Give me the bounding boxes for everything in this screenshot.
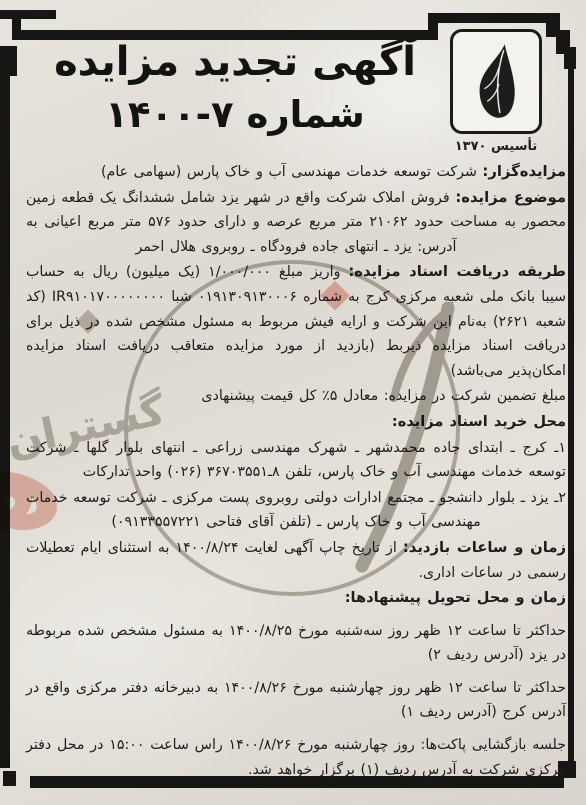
water-drop-leaf-icon: [467, 41, 525, 123]
company-logo-box: [450, 29, 542, 134]
announcer-paragraph: مزایده‌گزار: شرکت توسعه خدمات مهندسی آب …: [26, 160, 566, 185]
announcer-text: شرکت توسعه خدمات مهندسی آب و خاک پارس (س…: [101, 164, 477, 180]
docs-method-paragraph: طریقه دریافت اسناد مزایده: واریز مبلغ ۱/…: [26, 260, 566, 383]
company-logo-block: تأسیس ۱۳۷۰: [444, 29, 548, 154]
visit-time-label: زمان و ساعات بازدید:: [403, 539, 566, 556]
envelope-opening-paragraph: جلسه بازگشایی پاکت‌ها: روز چهارشنبه مورخ…: [26, 733, 566, 782]
title-line-1: آگهی تجدید مزایده: [34, 36, 436, 88]
subject-label: موضوع مزایده:: [455, 189, 566, 206]
ad-body: مزایده‌گزار: شرکت توسعه خدمات مهندسی آب …: [26, 160, 566, 783]
established-text: تأسیس ۱۳۷۰: [444, 139, 548, 154]
newspaper-ad-page: آگهی تجدید مزایده شماره ۷‏-‏۱۴۰۰ تأسیس ۱…: [0, 0, 586, 805]
ad-title: آگهی تجدید مزایده شماره ۷‏-‏۱۴۰۰: [34, 36, 436, 140]
deadline-yazd-paragraph: حداکثر تا ساعت ۱۲ ظهر روز سه‌شنبه مورخ ۱…: [26, 619, 566, 668]
subject-paragraph: موضوع مزایده: فروش املاک شرکت واقع در شه…: [26, 186, 566, 260]
docs-method-text: واریز مبلغ ۱/۰۰۰/۰۰۰ (یک میلیون) ریال به…: [26, 264, 566, 378]
title-line-2: شماره ۷‏-‏۱۴۰۰: [34, 90, 436, 140]
visit-time-paragraph: زمان و ساعات بازدید: از تاریخ چاپ آگهی ل…: [26, 536, 566, 585]
guarantee-paragraph: مبلغ تضمین شرکت در مزایده: معادل ۵٪ کل ق…: [26, 384, 566, 409]
deadline-karaj-paragraph: حداکثر تا ساعت ۱۲ ظهر روز چهارشنبه مورخ …: [26, 676, 566, 725]
address-1-item: ۱ـ کرج ـ ابتدای جاده محمدشهر ـ شهرک مهند…: [26, 436, 566, 485]
purchase-locations-heading: محل خرید اسناد مزایده:: [26, 410, 566, 435]
announcer-label: مزایده‌گزار:: [482, 163, 566, 180]
delivery-heading: زمان و محل تحویل پیشنهادها:: [26, 586, 566, 611]
address-2-item: ۲ـ یزد ـ بلوار دانشجو ـ مجتمع ادارات دول…: [26, 486, 566, 535]
docs-method-label: طریقه دریافت اسناد مزایده:: [348, 263, 566, 280]
